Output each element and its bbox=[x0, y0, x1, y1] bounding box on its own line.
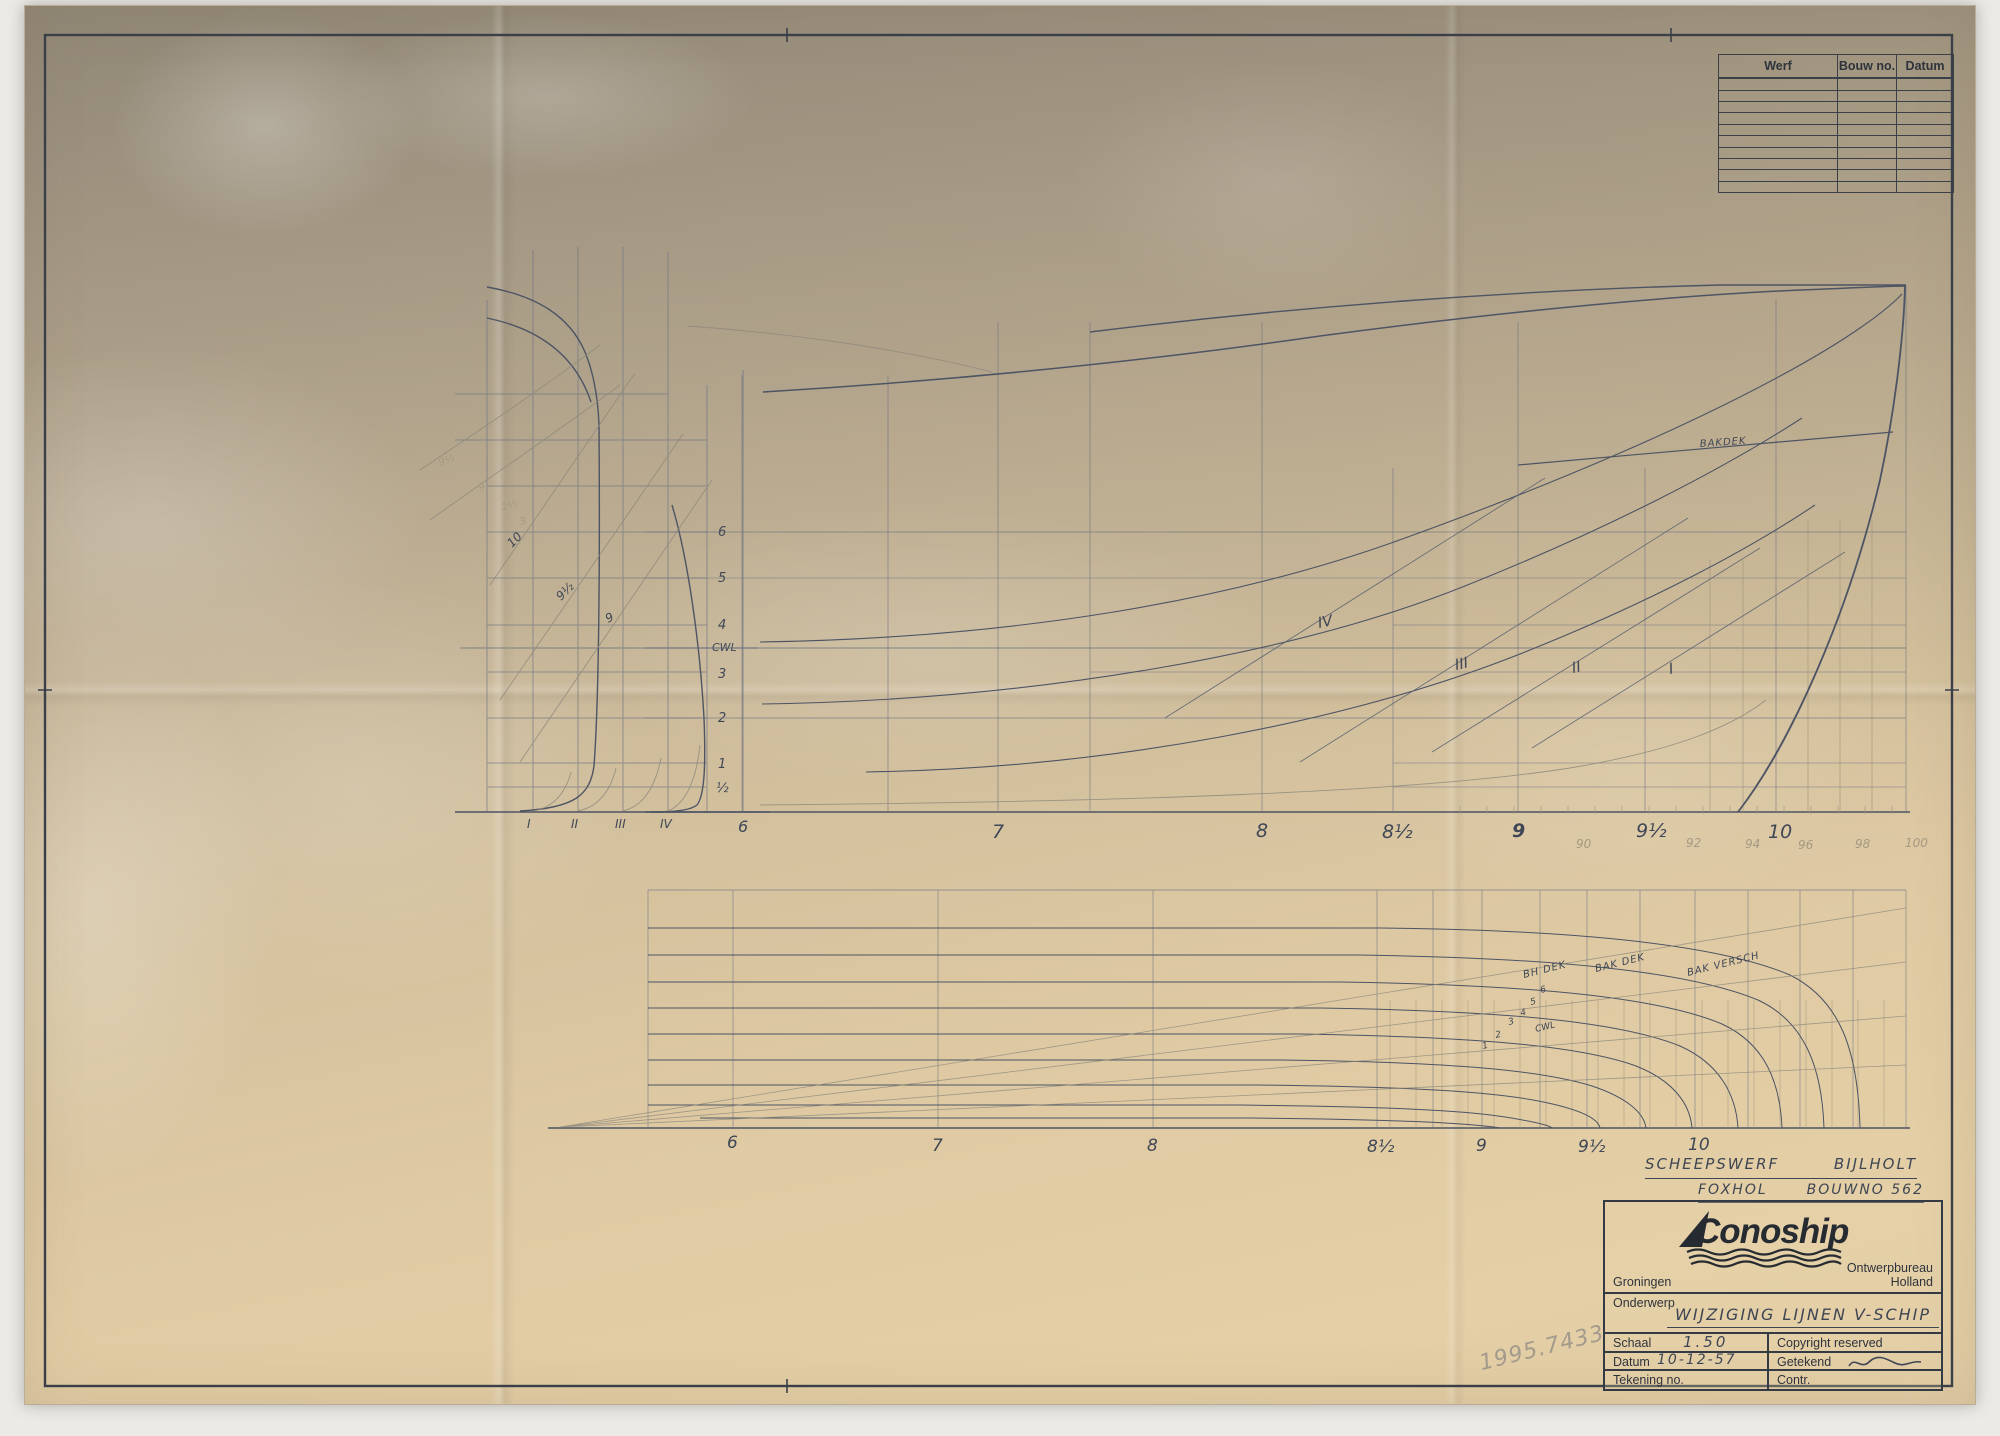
buttock-IV: IV bbox=[1316, 611, 1336, 632]
st-label-IV: IV bbox=[660, 817, 673, 831]
stem-curve bbox=[1738, 286, 1905, 812]
profile-station-labels: 7 8 8½ 9 9½ 10 bbox=[992, 820, 1792, 843]
body-plan-pencil-marks: 9½ 9 2½ 3 bbox=[437, 452, 528, 528]
body-plan-view: 6 5 4 CWL 3 2 1 ½ I II III IV 6 10 9½ 9 … bbox=[420, 247, 770, 836]
body-plan-sections bbox=[487, 287, 705, 812]
date-label: Datum bbox=[1613, 1355, 1650, 1369]
drawing-no-label: Tekening no. bbox=[1613, 1373, 1684, 1387]
scale-label: Schaal bbox=[1613, 1336, 1651, 1350]
plan-st-10: 10 bbox=[1688, 1135, 1710, 1155]
sheet-border bbox=[38, 28, 1959, 1393]
table-row bbox=[1719, 147, 1954, 158]
diag-label-9half: 9½ bbox=[553, 579, 577, 603]
frame-98: 98 bbox=[1855, 837, 1871, 851]
subject-row: Onderwerp WIJZIGING LIJNEN V-SCHIP bbox=[1605, 1294, 1941, 1334]
pencil-mark-4: 3 bbox=[518, 515, 528, 528]
logo-waves bbox=[1687, 1250, 1841, 1267]
bulwark-top-line bbox=[1090, 285, 1906, 332]
title-block-logo-cell: Conoship Groningen Ontwerpbureau Holland bbox=[1605, 1202, 1941, 1294]
wl-label-3: 3 bbox=[718, 667, 726, 682]
plan-st-7: 7 bbox=[932, 1136, 943, 1156]
drawing-no-row: Tekening no. Contr. bbox=[1605, 1371, 1941, 1389]
signed-cell: Getekend bbox=[1769, 1353, 1941, 1369]
col-header-bouw: Bouw no. bbox=[1838, 55, 1897, 79]
profile-st-8: 8 bbox=[1256, 820, 1268, 842]
revision-table: Werf Bouw no. Datum bbox=[1718, 54, 1954, 193]
profile-st-10: 10 bbox=[1768, 821, 1792, 843]
profile-pencil-verticals bbox=[1460, 520, 1892, 814]
plan-bakversch-label: BAK VERSCH bbox=[1686, 950, 1761, 979]
st-label-III: III bbox=[615, 817, 626, 831]
wl-label-5: 5 bbox=[718, 571, 726, 586]
profile-st-7: 7 bbox=[992, 821, 1004, 843]
plan-fine-grid bbox=[1390, 1000, 1884, 1128]
buttock-I: I bbox=[1667, 659, 1676, 678]
profile-st-9: 9 bbox=[1512, 820, 1525, 842]
date-value: 10-12-57 bbox=[1657, 1352, 1737, 1368]
bureau-label: Ontwerpbureau Holland bbox=[1847, 1261, 1933, 1289]
drawing-no-cell: Tekening no. bbox=[1605, 1371, 1769, 1389]
plan-st-6: 6 bbox=[727, 1133, 738, 1153]
plan-st-8: 8 bbox=[1147, 1136, 1158, 1156]
scale-cell: Schaal 1.50 bbox=[1605, 1334, 1769, 1351]
table-row bbox=[1719, 124, 1954, 135]
profile-view: IV III II I BAKDEK 7 8 8½ 9 9½ 10 90 92 … bbox=[645, 285, 1928, 852]
profile-hull-curves bbox=[760, 285, 1906, 812]
plan-st-8half: 8½ bbox=[1367, 1137, 1395, 1157]
revision-table-header: Werf Bouw no. Datum bbox=[1719, 55, 1954, 79]
logo-wordmark: Conoship bbox=[1695, 1212, 1849, 1251]
profile-frame-numbers: 90 92 94 96 98 100 bbox=[1576, 836, 1928, 852]
plan-wl-2: 2 bbox=[1494, 1030, 1502, 1041]
plan-wl-3: 3 bbox=[1507, 1017, 1515, 1028]
st-label-I: I bbox=[527, 817, 531, 831]
title-block: Conoship Groningen Ontwerpbureau Holland… bbox=[1603, 1200, 1943, 1391]
contr-label: Contr. bbox=[1777, 1373, 1810, 1387]
wl-label-half: ½ bbox=[716, 781, 729, 796]
col-header-datum: Datum bbox=[1897, 55, 1954, 79]
date-cell: Datum 10-12-57 bbox=[1605, 1353, 1769, 1369]
body-plan-grid bbox=[455, 247, 758, 812]
contr-cell: Contr. bbox=[1769, 1371, 1941, 1389]
pencil-mark-2: 9 bbox=[477, 481, 487, 494]
plan-st-9half: 9½ bbox=[1578, 1137, 1606, 1157]
profile-st-8half: 8½ bbox=[1382, 821, 1413, 843]
profile-st-9half: 9½ bbox=[1636, 820, 1667, 842]
plan-station-labels: 6 7 8 8½ 9 9½ 10 bbox=[727, 1133, 1710, 1157]
copyright-label: Copyright reserved bbox=[1777, 1336, 1883, 1350]
yard-name-part2: BIJLHOLT bbox=[1834, 1155, 1917, 1173]
halfbreadth-plan-view: BH DEK BAK DEK BAK VERSCH 6 5 4 3 CWL 2 … bbox=[548, 890, 1910, 1157]
plan-waterline-curves bbox=[648, 928, 1860, 1128]
buttock-II: II bbox=[1570, 657, 1583, 677]
plan-wl-cwl: CWL bbox=[1534, 1020, 1556, 1035]
frame-94: 94 bbox=[1745, 837, 1760, 851]
table-row bbox=[1719, 170, 1954, 181]
conoship-logo: Conoship bbox=[1677, 1207, 1877, 1269]
plan-st-9: 9 bbox=[1476, 1136, 1487, 1156]
profile-pencil-curves bbox=[688, 326, 1845, 805]
scale-row: Schaal 1.50 Copyright reserved bbox=[1605, 1334, 1941, 1353]
build-number: BOUWNO 562 bbox=[1807, 1182, 1924, 1198]
yard-name-part1: SCHEEPSWERF bbox=[1645, 1155, 1779, 1173]
bureau-line1: Ontwerpbureau bbox=[1847, 1261, 1933, 1275]
pencil-mark-3: 2½ bbox=[500, 497, 519, 514]
signature-scribble bbox=[1847, 1354, 1925, 1372]
wl-label-4: 4 bbox=[718, 618, 726, 633]
bureau-line2: Holland bbox=[1891, 1275, 1933, 1289]
body-plan-waterline-labels: 6 5 4 CWL 3 2 1 ½ bbox=[712, 525, 737, 796]
wl-label-1: 1 bbox=[718, 757, 726, 772]
plan-wl-5: 5 bbox=[1529, 997, 1537, 1008]
col-header-werf: Werf bbox=[1719, 55, 1838, 79]
sheer-line bbox=[763, 286, 1906, 392]
profile-buttock-labels: IV III II I bbox=[1316, 611, 1676, 678]
frame-100: 100 bbox=[1905, 836, 1928, 850]
plan-wl-4: 4 bbox=[1519, 1008, 1527, 1019]
st-label-6: 6 bbox=[738, 817, 748, 836]
plan-station-lines bbox=[648, 890, 1906, 1128]
table-row bbox=[1719, 158, 1954, 169]
city-label: Groningen bbox=[1613, 1275, 1671, 1289]
frame-96: 96 bbox=[1798, 838, 1814, 852]
plan-wl-6: 6 bbox=[1539, 985, 1547, 996]
pencil-mark-1: 9½ bbox=[437, 452, 456, 469]
date-row: Datum 10-12-57 Getekend bbox=[1605, 1353, 1941, 1371]
table-row bbox=[1719, 90, 1954, 101]
table-row bbox=[1719, 113, 1954, 124]
copyright-cell: Copyright reserved bbox=[1769, 1334, 1941, 1351]
st-label-II: II bbox=[571, 817, 579, 831]
profile-station-lines bbox=[742, 285, 1906, 812]
table-row bbox=[1719, 136, 1954, 147]
table-row bbox=[1719, 78, 1954, 90]
subject-value: WIJZIGING LIJNEN V-SCHIP bbox=[1667, 1305, 1939, 1328]
frame-92: 92 bbox=[1686, 836, 1701, 850]
frame-90: 90 bbox=[1576, 837, 1592, 851]
body-plan-station-labels: I II III IV 6 bbox=[527, 817, 748, 836]
signed-label: Getekend bbox=[1777, 1355, 1831, 1369]
subject-label: Onderwerp bbox=[1613, 1296, 1675, 1310]
table-row bbox=[1719, 181, 1954, 192]
table-row bbox=[1719, 102, 1954, 113]
scale-value: 1.50 bbox=[1683, 1333, 1728, 1351]
plan-annotations: BH DEK BAK DEK BAK VERSCH bbox=[1522, 950, 1761, 981]
profile-waterlines bbox=[645, 532, 1906, 787]
yard-place: FOXHOL bbox=[1698, 1182, 1768, 1198]
bakdek-label: BAKDEK bbox=[1699, 436, 1747, 450]
yard-stamp-line1: SCHEEPSWERF BIJLHOLT bbox=[1645, 1155, 1917, 1179]
plan-wl-1: 1 bbox=[1481, 1041, 1489, 1052]
